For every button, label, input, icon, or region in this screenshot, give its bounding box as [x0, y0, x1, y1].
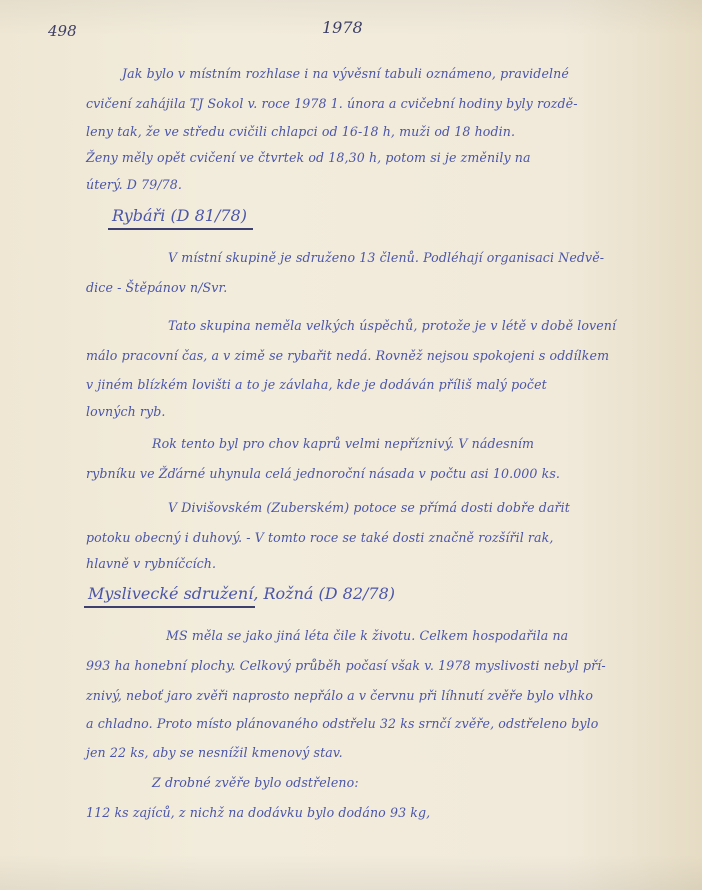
text-line: znivý, neboť jaro zvěři naprosto nepřálo…: [86, 688, 593, 703]
text-line: dice - Štěpánov n/Svr.: [86, 280, 227, 295]
year-heading: 1978: [322, 18, 363, 37]
heading-underline: [84, 606, 255, 608]
text-line: lovných ryb.: [86, 404, 166, 419]
section-heading-fishermen: Rybáři (D 81/78): [112, 206, 247, 225]
heading-underline: [108, 228, 253, 230]
text-line: V místní skupině je sdruženo 13 členů. P…: [168, 250, 604, 265]
text-line: Ženy měly opět cvičení ve čtvrtek od 18,…: [86, 150, 531, 165]
page-number: 498: [48, 22, 77, 40]
text-line: málo pracovní čas, a v zimě se rybařit n…: [86, 348, 609, 363]
text-line: Rok tento byl pro chov kaprů velmi nepří…: [152, 436, 534, 451]
text-line: hlavně v rybníčcích.: [86, 556, 216, 571]
text-line: Tato skupina neměla velkých úspěchů, pro…: [168, 318, 616, 333]
text-line: 112 ks zajíců, z nichž na dodávku bylo d…: [86, 805, 430, 820]
heading-text: Rybáři (D 81/78): [112, 206, 247, 225]
text-line: Z drobné zvěře bylo odstřeleno:: [152, 775, 359, 790]
handwritten-chronicle-page: 498 1978 Jak bylo v místním rozhlase i n…: [0, 0, 702, 890]
text-line: jen 22 ks, aby se nesnížil kmenový stav.: [86, 745, 343, 760]
text-line: 993 ha honební plochy. Celkový průběh po…: [86, 658, 606, 673]
heading-text: Myslivecké sdružení, Rožná (D 82/78): [88, 584, 395, 603]
section-heading-hunting-association: Myslivecké sdružení, Rožná (D 82/78): [88, 584, 395, 603]
text-line: v jiném blízkém lovišti a to je závlaha,…: [86, 377, 547, 392]
text-line: Jak bylo v místním rozhlase i na vývěsní…: [122, 66, 569, 81]
text-line: V Divišovském (Zuberském) potoce se přím…: [168, 500, 570, 515]
text-line: MS měla se jako jiná léta čile k životu.…: [166, 628, 568, 643]
text-line: a chladno. Proto místo plánovaného odstř…: [86, 716, 598, 731]
text-line: cvičení zahájila TJ Sokol v. roce 1978 1…: [86, 96, 578, 111]
text-line: potoku obecný i duhový. - V tomto roce s…: [86, 530, 554, 545]
text-line: úterý. D 79/78.: [86, 177, 182, 192]
text-line: rybníku ve Žďárné uhynula celá jednoročn…: [86, 466, 560, 481]
text-line: leny tak, že ve středu cvičili chlapci o…: [86, 124, 515, 139]
